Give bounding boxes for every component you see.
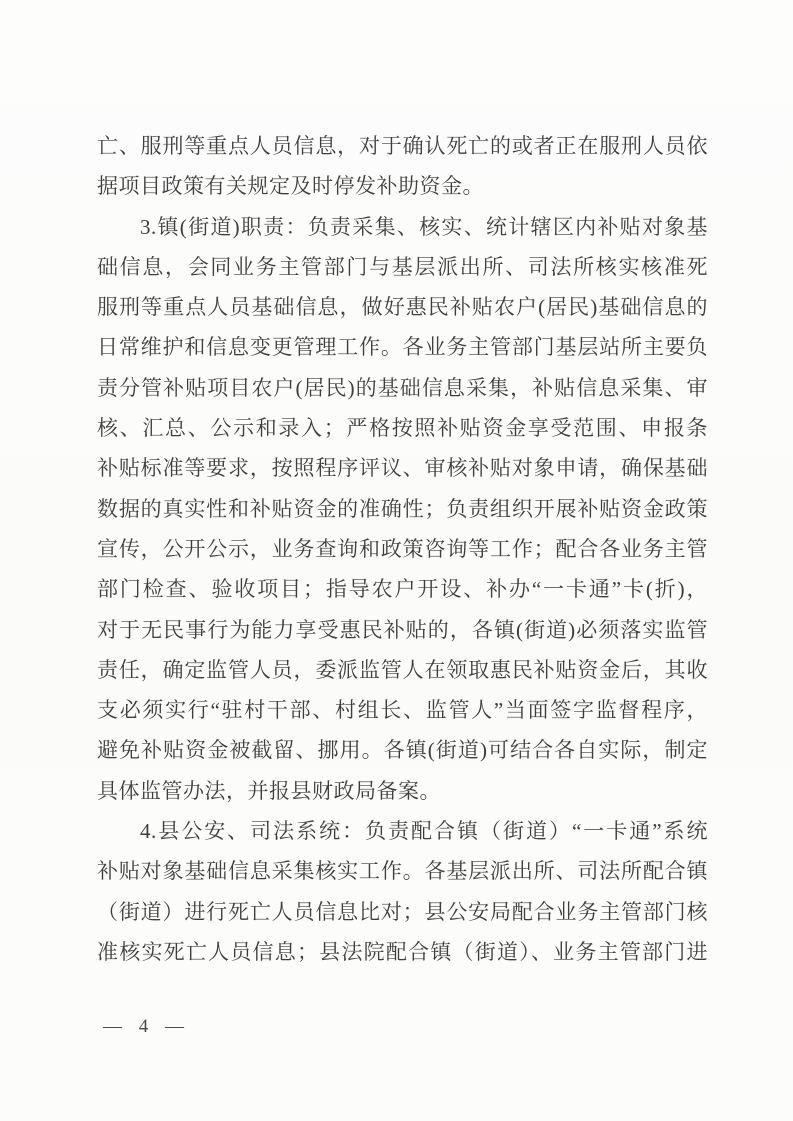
document-body: 亡、服刑等重点人员信息，对于确认死亡的或者正在服刑人员依据项目政策有关规定及时停… (97, 126, 708, 972)
text-line: 补贴对象基础信息采集核实工作。各基层派出所、司法所配合镇 (97, 851, 708, 891)
text-line: 4.县公安、司法系统：负责配合镇（街道）“一卡通”系统 (97, 811, 708, 851)
text-line: 宣传，公开公示，业务查询和政策咨询等工作；配合各业务主管 (97, 529, 708, 569)
document-page: 亡、服刑等重点人员信息，对于确认死亡的或者正在服刑人员依据项目政策有关规定及时停… (0, 0, 793, 1121)
text-line: 支必须实行“驻村干部、村组长、监管人”当面签字监督程序， (97, 690, 708, 730)
text-line: （街道）进行死亡人员信息比对；县公安局配合业务主管部门核 (97, 892, 708, 932)
text-line: 础信息，会同业务主管部门与基层派出所、司法所核实核准死亡、 (97, 247, 708, 287)
text-line: 责任，确定监管人员，委派监管人在领取惠民补贴资金后，其收 (97, 650, 708, 690)
text-line: 责分管补贴项目农户(居民)的基础信息采集，补贴信息采集、审 (97, 368, 708, 408)
page-number: — 4 — (103, 1012, 186, 1042)
text-line: 具体监管办法，并报县财政局备案。 (97, 771, 708, 811)
text-line: 据项目政策有关规定及时停发补助资金。 (97, 166, 708, 206)
text-line: 部门检查、验收项目；指导农户开设、补办“一卡通”卡(折)， (97, 569, 708, 609)
text-line: 亡、服刑等重点人员信息，对于确认死亡的或者正在服刑人员依 (97, 126, 708, 166)
text-line: 补贴标准等要求，按照程序评议、审核补贴对象申请，确保基础 (97, 448, 708, 488)
text-line: 数据的真实性和补贴资金的准确性；负责组织开展补贴资金政策 (97, 489, 708, 529)
text-line: 3.镇(街道)职责：负责采集、核实、统计辖区内补贴对象基 (97, 207, 708, 247)
text-line: 避免补贴资金被截留、挪用。各镇(街道)可结合各自实际，制定 (97, 730, 708, 770)
text-line: 核、汇总、公示和录入；严格按照补贴资金享受范围、申报条件、 (97, 408, 708, 448)
text-line: 对于无民事行为能力享受惠民补贴的，各镇(街道)必须落实监管 (97, 610, 708, 650)
text-line: 服刑等重点人员基础信息，做好惠民补贴农户(居民)基础信息的 (97, 287, 708, 327)
text-line: 日常维护和信息变更管理工作。各业务主管部门基层站所主要负 (97, 327, 708, 367)
text-line: 准核实死亡人员信息；县法院配合镇（街道）、业务主管部门进 (97, 932, 708, 972)
